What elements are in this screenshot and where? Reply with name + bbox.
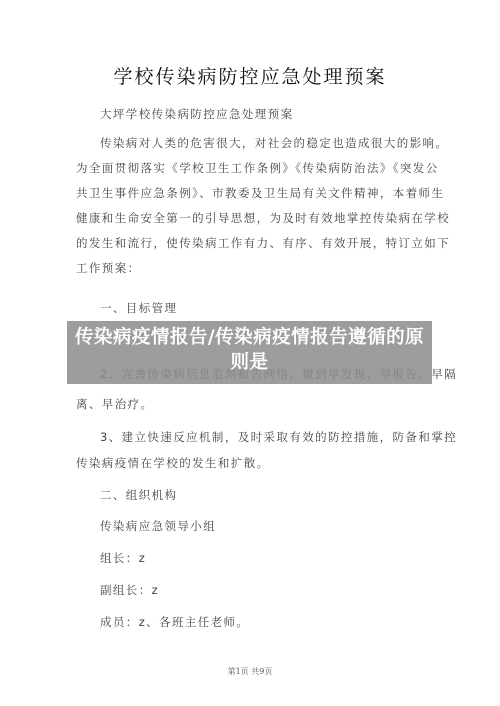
document-title: 学校传染病防控应急处理预案: [0, 62, 500, 89]
body-line: 的发生和流行，使传染病工作有力、有序、有效开展，特订立如下: [76, 235, 450, 251]
body-line: 工作预案：: [76, 260, 141, 276]
body-line: 大坪学校传染病防控应急处理预案: [100, 106, 294, 122]
title-overlay-banner: 传染病疫情报告/传染病疫情报告遵循的原则是: [67, 321, 432, 384]
body-line: 成员：z、各班主任老师。: [100, 614, 249, 630]
body-line: 共卫生事件应急条例》、市教委及卫生局有关文件精神，本着师生: [76, 185, 444, 201]
overlay-title: 传染病疫情报告/传染病疫情报告遵循的原则是: [67, 325, 432, 375]
body-line: 副组长：z: [100, 582, 159, 598]
body-line: 为全面贯彻落实《学校卫生工作条例》《传染病防治法》《突发公: [76, 160, 439, 176]
body-line: 传染病疫情在学校的发生和扩散。: [76, 455, 270, 471]
body-line: 一、目标管理: [100, 300, 177, 316]
body-line: 传染病应急领导小组: [100, 518, 216, 534]
body-line: 传染病对人类的危害很大，对社会的稳定也造成很大的影响。: [100, 135, 448, 151]
body-line: 二、组织机构: [100, 487, 177, 503]
body-line: 组长：z: [100, 550, 146, 566]
body-line: 3、建立快速反应机制，及时采取有效的防控措施，防备和掌控: [100, 429, 457, 445]
body-line: 健康和生命安全第一的引导思想，为及时有效地掌控传染病在学校: [76, 210, 450, 226]
page-footer: 第1页 共9页: [0, 666, 500, 677]
body-line: 离、早治疗。: [76, 396, 153, 412]
